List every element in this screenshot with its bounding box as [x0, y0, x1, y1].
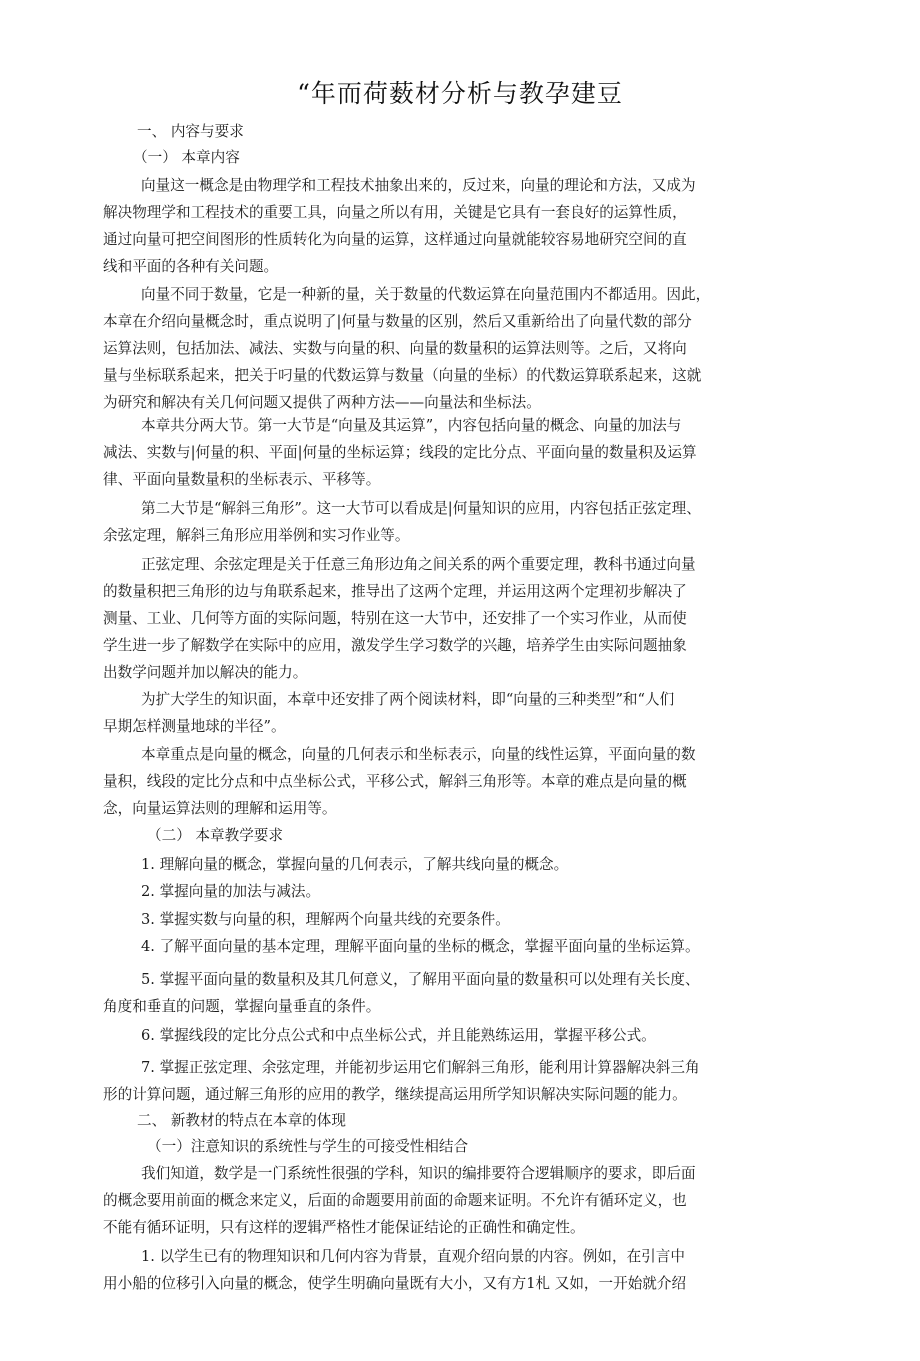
text-line: 6. 掌握线段的定比分点公式和中点坐标公式，并且能熟练运用，掌握平移公式。: [141, 1026, 656, 1046]
text-line: 量与坐标联系起来，把关于叼量的代数运算与数量（向量的坐标）的代数运算联系起来，这…: [103, 366, 701, 386]
text-line: 测量、工业、几何等方面的实际问题，特别在这一大节中，还安排了一个实习作业，从而使: [103, 609, 687, 629]
subsection-heading: （一）注意知识的系统性与学生的可接受性相结合: [147, 1137, 468, 1157]
text-line: 角度和垂直的问题，掌握向量垂直的条件。: [103, 997, 380, 1017]
text-line: 减法、实数与|何量的积、平面|何量的坐标运算；线段的定比分点、平面向量的数量积及…: [103, 443, 697, 463]
text-line: 4. 了解平面向量的基本定理，理解平面向量的坐标的概念，掌握平面向量的坐标运算。: [141, 937, 700, 957]
text-line: 正弦定理、余弦定理是关于任意三角形边角之间关系的两个重要定理，教科书通过向量: [141, 555, 696, 575]
text-line: 5. 掌握平面向量的数量积及其几何意义，了解用平面向量的数量积可以处理有关长度、: [141, 970, 700, 990]
text-line: 第二大节是“解斜三角形”。这一大节可以看成是|何量知识的应用，内容包括正弦定理、: [141, 499, 701, 519]
section-heading: 二、 新教材的特点在本章的体现: [137, 1111, 346, 1131]
text-line: 3. 掌握实数与向量的积，理解两个向量共线的充要条件。: [141, 910, 510, 930]
text-line: 律、平面向量数量积的坐标表示、平移等。: [103, 470, 380, 490]
text-line: 向量这一概念是由物理学和工程技术抽象出来的，反过来，向量的理论和方法，又成为: [141, 176, 696, 196]
text-line: 1. 理解向量的概念，掌握向量的几何表示，了解共线向量的概念。: [141, 855, 568, 875]
text-line: 7. 掌握正弦定理、余弦定理，并能初步运用它们解斜三角形，能利用计算器解决斜三角: [141, 1058, 700, 1078]
text-line: 我们知道，数学是一门系统性很强的学科，知识的编排要符合逻辑顺序的要求，即后面: [141, 1164, 696, 1184]
document-title: “年而荷薮材分析与教孕建豆: [0, 74, 920, 110]
text-line: 量积，线段的定比分点和中点坐标公式，平移公式，解斜三角形等。本章的难点是向量的概: [103, 772, 687, 792]
text-line: 为研究和解决有关几何问题又提供了两种方法——向量法和坐标法。: [103, 393, 541, 413]
subsection-heading: （一） 本章内容: [133, 148, 240, 168]
text-line: 出数学问题并加以解决的能力。: [103, 663, 307, 683]
subsection-heading: （二） 本章教学要求: [147, 826, 283, 846]
text-line: 学生进一步了解数学在实际中的应用，激发学生学习数学的兴趣，培养学生由实际问题抽象: [103, 636, 687, 656]
text-line: 解决物理学和工程技术的重要工具，向量之所以有用，关键是它具有一套良好的运算性质，: [103, 203, 687, 223]
text-line: 用小船的位移引入向量的概念，使学生明确向量既有大小，又有方1札 又如，一开始就介…: [103, 1274, 686, 1294]
section-heading: 一、 内容与要求: [137, 122, 244, 142]
text-line: 1. 以学生已有的物理知识和几何内容为背景，直观介绍向景的内容。例如，在引言中: [141, 1247, 685, 1267]
text-line: 通过向量可把空间图形的性质转化为向量的运算，这样通过向量就能较容易地研究空间的直: [103, 230, 687, 250]
text-line: 本章重点是向量的概念，向量的几何表示和坐标表示，向量的线性运算，平面向量的数: [141, 745, 696, 765]
text-line: 余弦定理，解斜三角形应用举例和实习作业等。: [103, 526, 409, 546]
text-line: 的概念要用前面的概念来定义，后面的命题要用前面的命题来证明。不允许有循环定义，也: [103, 1191, 687, 1211]
text-line: 念，向量运算法则的理解和运用等。: [103, 799, 337, 819]
text-line: 运算法则，包括加法、减法、实数与向量的积、向量的数量积的运算法则等。之后，又将向: [103, 339, 687, 359]
text-line: 本章在介绍向量概念时，重点说明了|何量与数量的区别，然后又重新给出了向量代数的部…: [103, 312, 692, 332]
text-line: 本章共分两大节。第一大节是“向量及其运算”，内容包括向量的概念、向量的加法与: [141, 416, 681, 436]
text-line: 不能有循环证明，只有这样的逻辑严格性才能保证结论的正确性和确定性。: [103, 1218, 585, 1238]
text-line: 的数量积把三角形的边与角联系起来，推导出了这两个定理，并运用这两个定理初步解决了: [103, 582, 687, 602]
text-line: 向量不同于数量，它是一种新的量，关于数量的代数运算在向量范围内不都适用。因此，: [141, 285, 710, 305]
text-line: 2. 掌握向量的加法与减法。: [141, 882, 320, 902]
text-line: 线和平面的各种有关问题。: [103, 257, 278, 277]
document-page: “年而荷薮材分析与教孕建豆 一、 内容与要求（一） 本章内容向量这一概念是由物理…: [0, 0, 920, 1361]
text-line: 形的计算问题，通过解三角形的应用的教学，继续提高运用所学知识解决实际问题的能力。: [103, 1085, 687, 1105]
text-line: 早期怎样测量地球的半径”。: [103, 717, 286, 737]
text-line: 为扩大学生的知识面，本章中还安排了两个阅读材料，即“向量的三种类型”和“人们: [141, 690, 674, 710]
